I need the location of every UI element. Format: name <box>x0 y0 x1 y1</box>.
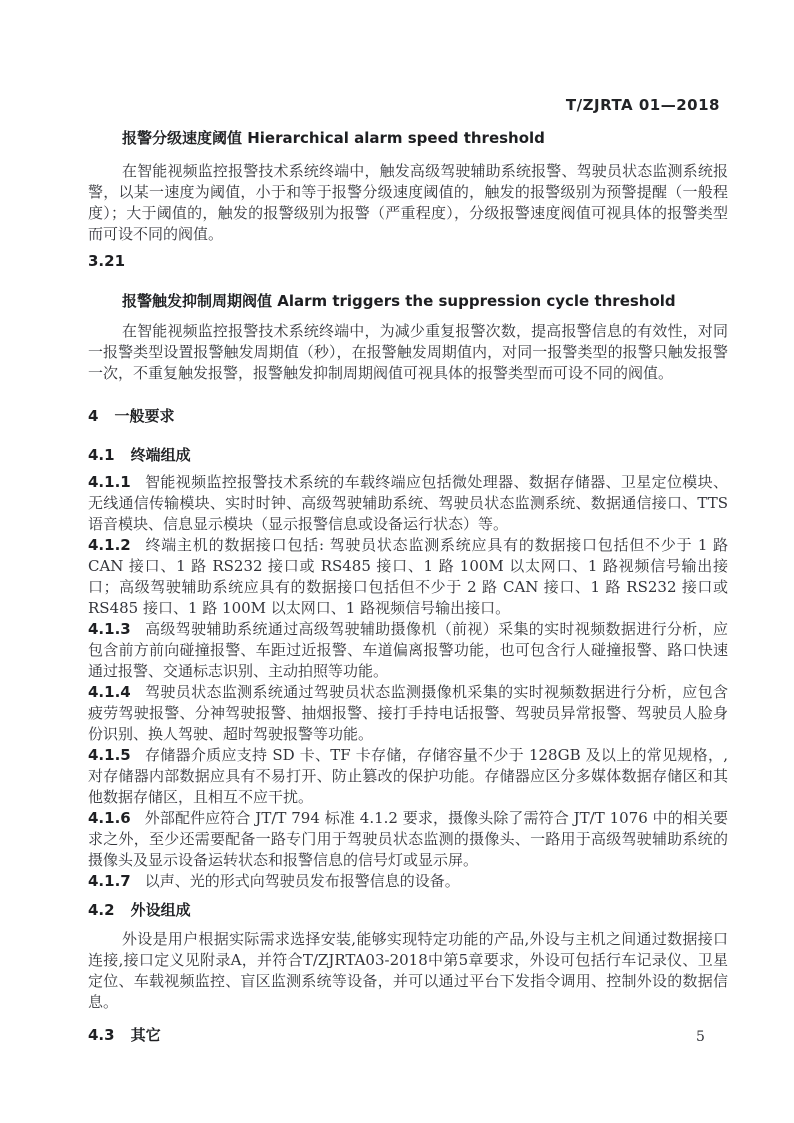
clause-4-1-5-number: 4.1.5 <box>88 746 131 764</box>
section-4-heading: 4一般要求 <box>88 406 728 427</box>
section-4-2-heading: 4.2外设组成 <box>88 900 728 921</box>
clause-4-1-7-text: 以声、光的形式向驾驶员发布报警信息的设备。 <box>145 872 460 890</box>
clause-4-1-2: 4.1.2终端主机的数据接口包括: 驾驶员状态监测系统应具有的数据接口包括但不少… <box>88 535 728 619</box>
clause-4-1-6: 4.1.6外部配件应符合 JT/T 794 标准 4.1.2 要求，摄像头除了需… <box>88 808 728 871</box>
document-page: T/ZJRTA 01—2018 报警分级速度阈值 Hierarchical al… <box>0 0 794 1123</box>
clause-4-1-1-number: 4.1.1 <box>88 473 131 491</box>
section-4-2-number: 4.2 <box>88 900 115 921</box>
section-4-1-title: 终端组成 <box>131 446 191 464</box>
clause-4-1-7: 4.1.7以声、光的形式向驾驶员发布报警信息的设备。 <box>88 871 728 892</box>
clause-4-1-2-text: 终端主机的数据接口包括: 驾驶员状态监测系统应具有的数据接口包括但不少于 1 路… <box>88 536 728 617</box>
clause-number-3-21: 3.21 <box>88 251 728 272</box>
section-4-3-heading: 4.3其它 <box>88 1025 728 1046</box>
clause-4-1-7-number: 4.1.7 <box>88 872 131 890</box>
section-4-1-heading: 4.1终端组成 <box>88 445 728 466</box>
clause-4-1-3-number: 4.1.3 <box>88 620 131 638</box>
term-heading-hierarchical-alarm-speed-threshold: 报警分级速度阈值 Hierarchical alarm speed thresh… <box>88 128 728 149</box>
term-heading-alarm-suppression-cycle-threshold: 报警触发抑制周期阀值 Alarm triggers the suppressio… <box>88 291 728 312</box>
clause-4-1-5-text: 存储器介质应支持 SD 卡、TF 卡存储，存储容量不少于 128GB 及以上的常… <box>88 746 728 806</box>
clause-4-1-5: 4.1.5存储器介质应支持 SD 卡、TF 卡存储，存储容量不少于 128GB … <box>88 745 728 808</box>
clause-4-1-6-text: 外部配件应符合 JT/T 794 标准 4.1.2 要求，摄像头除了需符合 JT… <box>88 809 728 869</box>
clause-4-1-1: 4.1.1智能视频监控报警技术系统的车载终端应包括微处理器、数据存储器、卫星定位… <box>88 472 728 535</box>
clause-4-1-1-text: 智能视频监控报警技术系统的车载终端应包括微处理器、数据存储器、卫星定位模块、无线… <box>88 473 728 533</box>
page-content: 报警分级速度阈值 Hierarchical alarm speed thresh… <box>88 0 728 1046</box>
section-4-1-number: 4.1 <box>88 445 115 466</box>
section-4-3-title: 其它 <box>131 1026 161 1044</box>
clause-4-1-4-text: 驾驶员状态监测系统通过驾驶员状态监测摄像机采集的实时视频数据进行分析，应包含疲劳… <box>88 683 728 743</box>
clause-4-1-6-number: 4.1.6 <box>88 809 131 827</box>
clause-4-1-4-number: 4.1.4 <box>88 683 131 701</box>
clause-4-1-3: 4.1.3高级驾驶辅助系统通过高级驾驶辅助摄像机（前视）采集的实时视频数据进行分… <box>88 619 728 682</box>
page-number: 5 <box>696 1029 705 1045</box>
section-4-2-paragraph: 外设是用户根据实际需求选择安装,能够实现特定功能的产品,外设与主机之间通过数据接… <box>88 929 728 1013</box>
term1-definition-paragraph: 在智能视频监控报警技术系统终端中，触发高级驾驶辅助系统报警、驾驶员状态监测系统报… <box>88 161 728 245</box>
clause-4-1-3-text: 高级驾驶辅助系统通过高级驾驶辅助摄像机（前视）采集的实时视频数据进行分析，应包含… <box>88 620 728 680</box>
section-4-2-title: 外设组成 <box>131 901 191 919</box>
term2-definition-paragraph: 在智能视频监控报警技术系统终端中，为减少重复报警次数，提高报警信息的有效性，对同… <box>88 321 728 384</box>
section-4-title: 一般要求 <box>114 407 174 425</box>
clause-4-1-4: 4.1.4驾驶员状态监测系统通过驾驶员状态监测摄像机采集的实时视频数据进行分析，… <box>88 682 728 745</box>
section-4-number: 4 <box>88 406 98 427</box>
section-4-3-number: 4.3 <box>88 1025 115 1046</box>
clause-4-1-2-number: 4.1.2 <box>88 536 131 554</box>
clause-list: 4.1.1智能视频监控报警技术系统的车载终端应包括微处理器、数据存储器、卫星定位… <box>88 472 728 892</box>
